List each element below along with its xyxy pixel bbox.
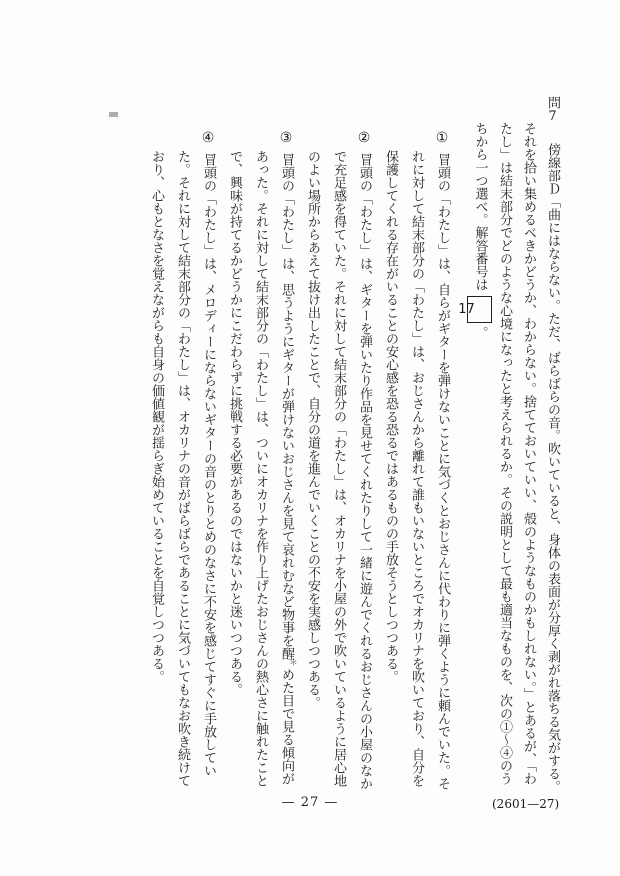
option-1-marker: ① [434, 130, 450, 146]
option-4: ④冒頭の「わたし」は、メロディーにならないギターの音のとりとめのなさに不安を感じ… [143, 96, 221, 796]
option-2: ②冒頭の「わたし」は、ギターを弾いたり作品を見せてくれたりして一緒に遊んでくれる… [299, 96, 377, 796]
option-3-text: 冒頭の「わたし」は、思うようにギターが弾けないおじさんを見て哀れむなど物事を醒 [279, 153, 294, 660]
option-4-text: 冒頭の「わたし」は、メロディーにならないギターの音のとりとめのなさに不安を感じて… [149, 150, 216, 787]
question-statement: 問7傍線部Ｄ「曲にはならない。ただ、ばらばらの音。吹いていると、身体の表面が分厚… [467, 96, 564, 796]
question-number: 問7 [545, 96, 560, 124]
option-1: ①冒頭の「わたし」は、自らがギターを弾けないことに気づくとおじさんに代わりに弾く… [377, 96, 455, 796]
option-2-text: 冒頭の「わたし」は、ギターを弾いたり作品を見せてくれたりして一緒に遊んでくれるお… [305, 150, 372, 790]
question-text: 傍線部Ｄ「曲にはならない。ただ、ばらばらの音。吹いていると、身体の表面が分厚く剥… [473, 122, 561, 793]
answer-number-box: 17 [467, 296, 492, 323]
note-reference-mark: ＊ [289, 658, 298, 666]
option-3-marker: ③ [278, 130, 294, 146]
option-3: ③冒頭の「わたし」は、思うようにギターが弾けないおじさんを見て哀れむなど物事を醒… [221, 96, 299, 796]
option-4-marker: ④ [200, 130, 216, 146]
scan-artifact [109, 112, 118, 117]
document-code: (2601—27) [492, 797, 559, 811]
question-text-after: 。 [473, 326, 488, 339]
exam-page: 問7傍線部Ｄ「曲にはならない。ただ、ばらばらの音。吹いていると、身体の表面が分厚… [0, 0, 620, 876]
option-2-marker: ② [356, 130, 372, 146]
option-1-text: 冒頭の「わたし」は、自らがギターを弾けないことに気づくとおじさんに代わりに弾くよ… [383, 150, 450, 790]
question-block: 問7傍線部Ｄ「曲にはならない。ただ、ばらばらの音。吹いていると、身体の表面が分厚… [128, 96, 564, 796]
